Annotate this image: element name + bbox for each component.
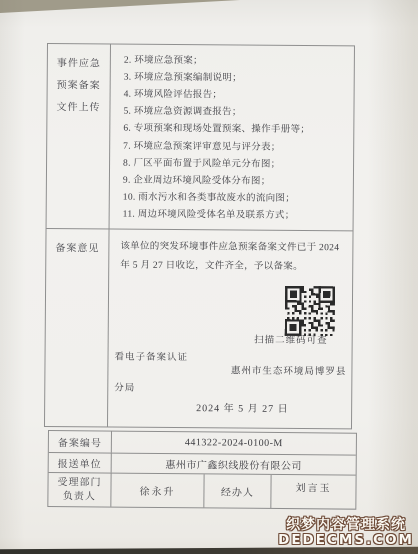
- upload-label-line2: 预案备案: [57, 76, 101, 91]
- handler-name-cell: 刘言玉: [271, 475, 355, 509]
- upload-label-line3: 文件上传: [56, 98, 100, 113]
- filing-table: 事件应急 预案备案 文件上传 2. 环境应急预案；3. 环境应急预案编制说明；4…: [44, 43, 355, 429]
- qr-code: [285, 286, 335, 336]
- filing-document: 事件应急 预案备案 文件上传 2. 环境应急预案；3. 环境应急预案编制说明；4…: [0, 0, 418, 554]
- acceptance-label-line1: 受理部门: [57, 477, 101, 489]
- upload-label-line1: 事件应急: [57, 54, 101, 69]
- uploaded-file-item: 4. 环境风险评估报告；: [124, 86, 350, 102]
- uploaded-file-item: 5. 环境应急资源调查报告；: [123, 103, 349, 119]
- reporting-unit-value: 惠州市广鑫织线股份有限公司: [112, 456, 356, 473]
- uploaded-file-item: 2. 环境应急预案；: [124, 52, 350, 68]
- uploaded-file-item: 9. 企业周边环境风险受体分布图；: [123, 171, 349, 187]
- opinion-paragraph: 该单位的突发环境事件应急预案备案文件已于 2024 年 5 月 27 日收讫，文…: [120, 238, 346, 278]
- reporting-unit-row: 报送单位 惠州市广鑫织线股份有限公司: [49, 453, 356, 476]
- dedecms-watermark: 织梦内容管理系统 DEDECMS.COM: [278, 518, 414, 548]
- qr-code-image: [285, 286, 335, 336]
- upload-files-label: 事件应急 预案备案 文件上传: [47, 44, 111, 228]
- acceptance-row: 受理部门 负责人 徐永升 经办人 刘言玉: [48, 473, 355, 509]
- uploaded-file-list: 2. 环境应急预案；3. 环境应急预案编制说明；4. 环境风险评估报告；5. 环…: [110, 45, 354, 231]
- filing-date: 2024 年 5 月 27 日: [196, 399, 289, 415]
- upload-files-row: 事件应急 预案备案 文件上传 2. 环境应急预案；3. 环境应急预案编制说明；4…: [47, 44, 354, 231]
- record-number-row: 备案编号 441322-2024-0100-M: [49, 431, 356, 456]
- opinion-label-text: 备案意见: [55, 239, 99, 254]
- acceptance-label-line2: 负责人: [63, 491, 96, 503]
- uploaded-file-item: 6. 专项预案和现场处置预案、操作手册等；: [123, 120, 349, 136]
- qr-caption: 扫描二维码可查: [254, 332, 328, 347]
- watermark-line2: DEDECMS.COM: [278, 533, 414, 548]
- department-head-name: 徐永升: [111, 474, 204, 508]
- record-number-label: 备案编号: [49, 431, 112, 453]
- uploaded-file-item: 10. 雨水污水和各类事故废水的流向图；: [123, 188, 349, 204]
- qr-caption-continued: 看电子备案认证: [114, 349, 188, 364]
- handler-label: 经办人: [204, 474, 271, 508]
- filing-opinion-row: 备案意见 该单位的突发环境事件应急预案备案文件已于 2024 年 5 月 27 …: [45, 229, 353, 428]
- uploaded-file-item: 8. 厂区平面布置于风险单元分布图；: [123, 154, 349, 170]
- authority-name-continued: 分局: [114, 380, 135, 394]
- summary-table: 备案编号 441322-2024-0100-M 报送单位 惠州市广鑫织线股份有限…: [47, 430, 357, 510]
- acceptance-department-label: 受理部门 负责人: [48, 473, 111, 507]
- handler-name: 刘言玉: [295, 479, 331, 494]
- watermark-line1: 织梦内容管理系统: [278, 518, 414, 533]
- uploaded-file-item: 3. 环境应急预案编制说明；: [124, 69, 350, 85]
- uploaded-file-item: 7. 环境应急预案评审意见与评分表；: [123, 137, 349, 153]
- filing-opinion-label: 备案意见: [45, 229, 110, 426]
- uploaded-file-item: 11. 周边环境风险受体名单及联系方式；: [123, 206, 349, 222]
- authority-name: 惠州市生态环境局博罗县: [231, 362, 347, 377]
- filing-opinion-content: 该单位的突发环境事件应急预案备案文件已于 2024 年 5 月 27 日收讫，文…: [108, 229, 353, 428]
- record-number-value: 441322-2024-0100-M: [112, 437, 356, 450]
- reporting-unit-label: 报送单位: [49, 453, 112, 473]
